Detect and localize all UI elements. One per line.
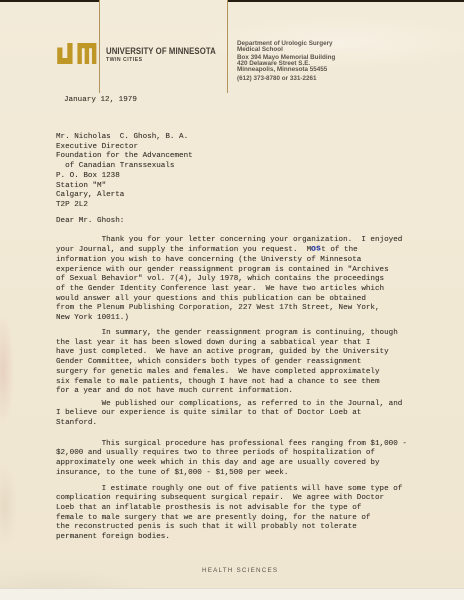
pen-correction-ink: os <box>311 244 322 255</box>
paragraph-2: In summary, the gender reassignment prog… <box>56 329 398 397</box>
health-sciences-footer: HEALTH SCIENCES <box>202 567 278 574</box>
department-block: Department of Urologic Surgery Medical S… <box>237 41 333 53</box>
scan-top-edge-left <box>0 0 99 2</box>
university-name: UNIVERSITY OF MINNESOTA <box>106 46 216 57</box>
scan-top-edge-right <box>227 0 464 2</box>
letterhead-rule-right <box>227 0 228 93</box>
paragraph-4: This surgical procedure has professional… <box>56 440 407 479</box>
um-monogram-icon <box>57 43 97 64</box>
letterhead-rule-left <box>99 0 100 93</box>
campus-name: TWIN CITIES <box>106 57 143 63</box>
scanned-letter-page: UNIVERSITY OF MINNESOTA TWIN CITIES Depa… <box>0 0 464 600</box>
paragraph-1: Thank you for your letter concerning you… <box>56 236 402 324</box>
letter-date: January 12, 1979 <box>64 96 137 106</box>
department-phone: (612) 373-8780 or 331-2261 <box>237 76 316 82</box>
scan-bottom-edge <box>0 588 464 600</box>
paragraph-3: We published our complications, as refer… <box>56 400 402 429</box>
department-address: Box 394 Mayo Memorial Building 420 Delaw… <box>237 55 335 73</box>
recipient-address-block: Mr. Nicholas C. Ghosh, B. A. Executive D… <box>56 133 193 211</box>
salutation: Dear Mr. Ghosh: <box>56 217 124 227</box>
paragraph-5: I estimate roughly one out of five patie… <box>56 485 402 543</box>
paragraph-1-text-after: t of the information you wish to have co… <box>56 246 389 322</box>
